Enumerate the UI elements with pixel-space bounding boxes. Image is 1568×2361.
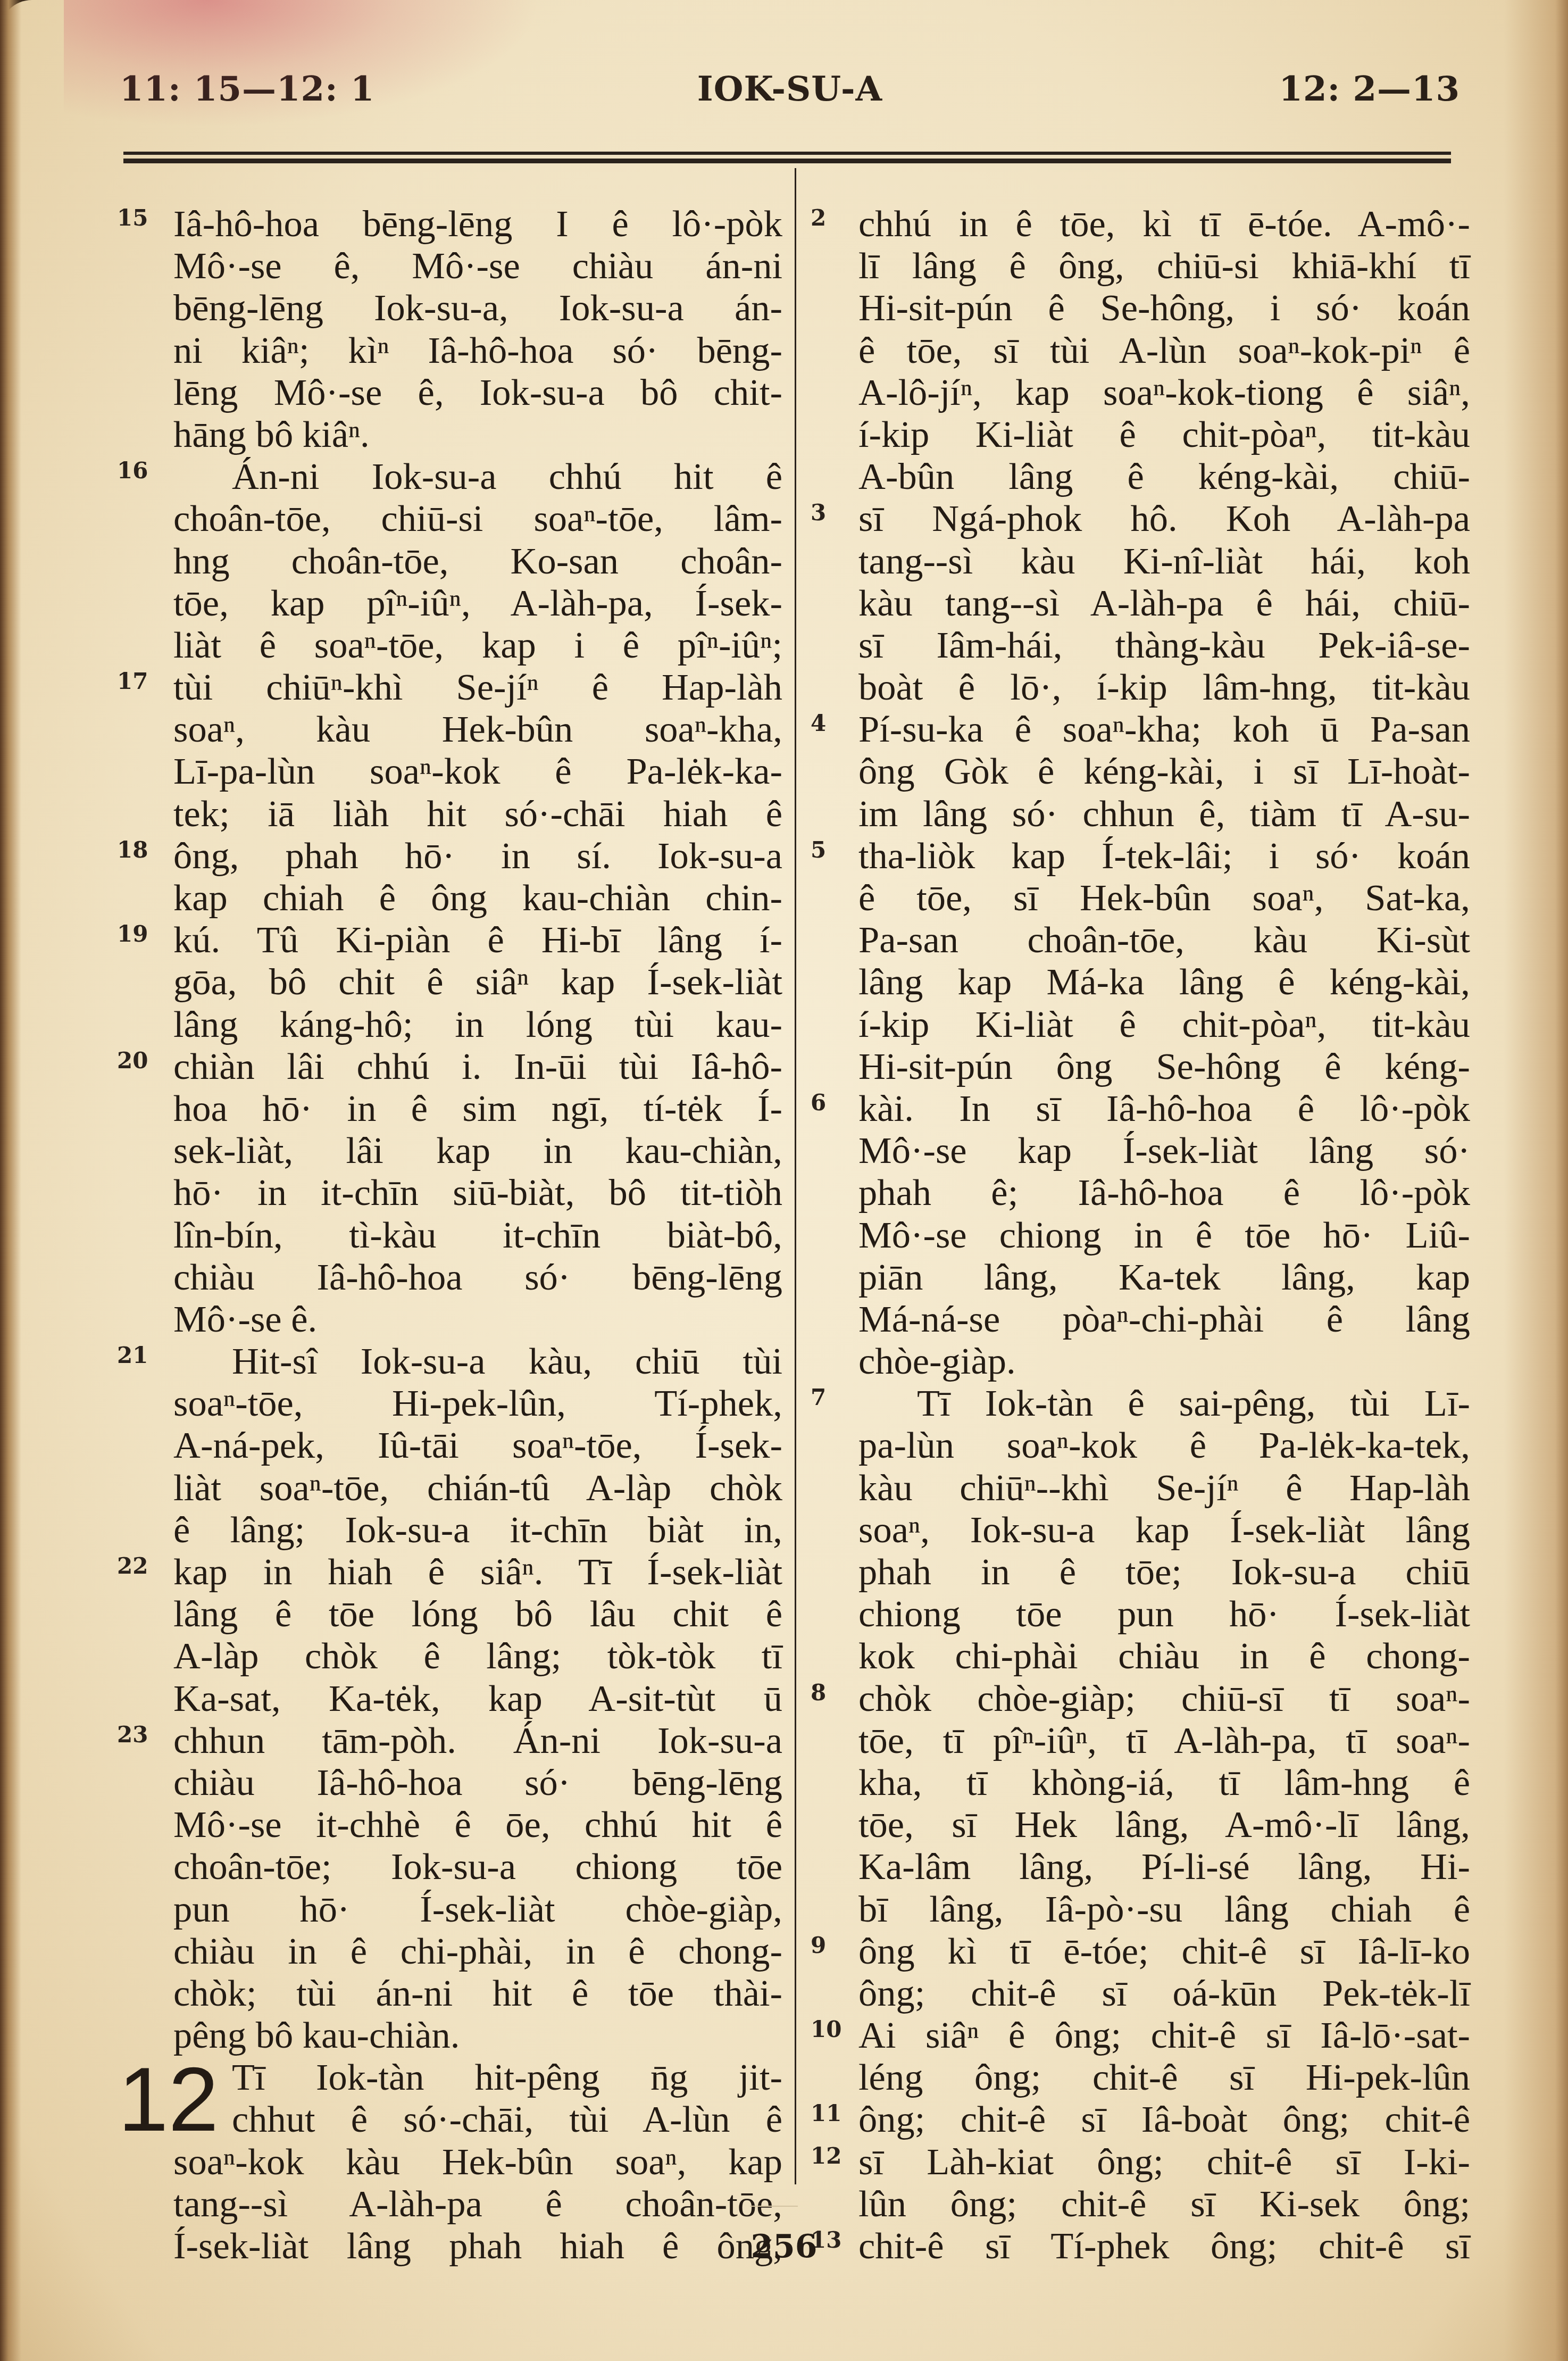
text-line: 9ông kì tī ē-tóe; chit-ê sī Iâ-lī-ko	[858, 1931, 1470, 1973]
text-line: pun hō· Í-sek-liàt chòe-giàp,	[173, 1889, 782, 1931]
line-text: Tī Iok-tàn hit-pêng n̄g jit-	[232, 2057, 782, 2098]
line-text: liàt ê soaⁿ-tōe, kap i ê pîⁿ-iûⁿ;	[173, 625, 782, 666]
text-line: ê tōe, sī Hek-bûn soaⁿ, Sat-ka,	[858, 877, 1470, 919]
text-line: chiong tōe pun hō· Í-sek-liàt	[858, 1593, 1470, 1635]
text-line: chòk; tùi án-ni hit ê tōe thài-	[173, 1973, 782, 2015]
line-text: phah ê; Iâ-hô-hoa ê lô·-pòk	[858, 1172, 1470, 1213]
line-text: boàt ê lō·, í-kip lâm-hng, tit-kàu	[858, 667, 1470, 708]
line-text: kàu chiūⁿ--khì Se-jíⁿ ê Hap-làh	[858, 1467, 1470, 1509]
text-line: ê tōe, sī tùi A-lùn soaⁿ-kok-piⁿ ê	[858, 330, 1470, 372]
text-line: soaⁿ, kàu Hek-bûn soaⁿ-kha,	[173, 709, 782, 751]
text-line: choân-tōe; Iok-su-a chiong tōe	[173, 1846, 782, 1888]
verse-number: 18	[117, 829, 148, 871]
line-text: Ka-lâm lâng, Pí-li-sé lâng, Hi-	[858, 1846, 1470, 1888]
line-text: ông kì tī ē-tóe; chit-ê sī Iâ-lī-ko	[858, 1931, 1470, 1972]
text-line: chiàu Iâ-hô-hoa só· bēng-lēng	[173, 1257, 782, 1299]
line-text: kàu tang--sì A-làh-pa ê hái, chiū-	[858, 583, 1470, 624]
text-line: Pa-san choân-tōe, kàu Ki-sùt	[858, 919, 1470, 961]
line-text: chhun tām-pòh. Án-ni Iok-su-a	[173, 1720, 782, 1761]
text-line: soaⁿ, Iok-su-a kap Í-sek-liàt lâng	[858, 1509, 1470, 1551]
line-text: Iâ-hô-hoa bēng-lēng I ê lô·-pòk	[173, 203, 782, 245]
line-text: kha, tī khòng-iá, tī lâm-hng ê	[858, 1762, 1470, 1803]
line-text: A-lô-jíⁿ, kap soaⁿ-kok-tiong ê siâⁿ,	[858, 372, 1470, 413]
text-line: lâng kap Má-ka lâng ê kéng-kài,	[858, 961, 1470, 1003]
verse-number: 5	[811, 829, 826, 871]
line-text: léng ông; chit-ê sī Hi-pek-lûn	[858, 2057, 1470, 2098]
verse-number: 20	[117, 1040, 148, 1082]
text-line: lûn ông; chit-ê sī Ki-sek ông;	[858, 2183, 1470, 2225]
line-text: hō· in it-chīn siū-biàt, bô tit-tiòh	[173, 1172, 782, 1213]
text-line: chiàu in ê chi-phài, in ê chong-	[173, 1931, 782, 1973]
text-line: bēng-lēng Iok-su-a, Iok-su-a án-	[173, 287, 782, 329]
line-text: liàt soaⁿ-tōe, chián-tû A-làp chòk	[173, 1467, 782, 1509]
line-text: tang--sì A-làh-pa ê choân-tōe,	[173, 2183, 782, 2225]
verse-number: 15	[117, 197, 148, 239]
text-line: 20chiàn lâi chhú i. In-ūi tùi Iâ-hô-	[173, 1046, 782, 1088]
running-header: 11: 15—12: 1 IOK-SU-A 12: 2—13	[120, 69, 1460, 122]
line-text: tōe, kap pîⁿ-iûⁿ, A-làh-pa, Í-sek-	[173, 583, 782, 624]
line-text: ê tōe, sī tùi A-lùn soaⁿ-kok-piⁿ ê	[858, 330, 1470, 371]
text-line: liàt ê soaⁿ-tōe, kap i ê pîⁿ-iûⁿ;	[173, 625, 782, 667]
text-line: phah ê; Iâ-hô-hoa ê lô·-pòk	[858, 1172, 1470, 1214]
text-line: A-ná-pek, Iû-tāi soaⁿ-tōe, Í-sek-	[173, 1425, 782, 1467]
line-text: ông; chit-ê sī Iâ-boàt ông; chit-ê	[858, 2099, 1470, 2140]
text-line: ni kiâⁿ; kìⁿ Iâ-hô-hoa só· bēng-	[173, 330, 782, 372]
text-line: A-lô-jíⁿ, kap soaⁿ-kok-tiong ê siâⁿ,	[858, 372, 1470, 414]
text-line: 15Iâ-hô-hoa bēng-lēng I ê lô·-pòk	[173, 203, 782, 245]
text-line: hng choân-tōe, Ko-san choân-	[173, 541, 782, 583]
verse-number: 7	[811, 1376, 826, 1418]
verse-number: 23	[117, 1714, 148, 1756]
line-text: Má-ná-se pòaⁿ-chi-phài ê lâng	[858, 1299, 1470, 1340]
line-text: Pí-su-ka ê soaⁿ-kha; koh ū Pa-san	[858, 709, 1470, 750]
text-line: kàu chiūⁿ--khì Se-jíⁿ ê Hap-làh	[858, 1467, 1470, 1509]
text-line: 23chhun tām-pòh. Án-ni Iok-su-a	[173, 1720, 782, 1762]
line-text: ông, phah hō· in sí. Iok-su-a	[173, 835, 782, 877]
text-line: kap chiah ê ông kau-chiàn chin-	[173, 877, 782, 919]
line-text: hāng bô kiâⁿ.	[173, 414, 370, 455]
text-line: 4Pí-su-ka ê soaⁿ-kha; koh ū Pa-san	[858, 709, 1470, 751]
text-line: 2chhú in ê tōe, kì tī ē-tóe. A-mô·-	[858, 203, 1470, 245]
text-line: hoa hō· in ê sim ngī, tí-tėk Í-	[173, 1088, 782, 1130]
line-text: Mô·-se ê, Mô·-se chiàu án-ni	[173, 245, 782, 287]
line-text: pa-lùn soaⁿ-kok ê Pa-lėk-ka-tek,	[858, 1425, 1470, 1466]
text-line: tang--sì kàu Ki-nî-liàt hái, koh	[858, 541, 1470, 583]
line-text: kap chiah ê ông kau-chiàn chin-	[173, 877, 782, 919]
verse-number: 10	[811, 2008, 841, 2050]
verse-number: 4	[811, 702, 826, 744]
text-line: A-làp chòk ê lâng; tòk-tòk tī	[173, 1635, 782, 1677]
verse-number: 9	[811, 1924, 826, 1966]
verse-number: 11	[811, 2092, 841, 2134]
line-text: chiàn lâi chhú i. In-ūi tùi Iâ-hô-	[173, 1046, 782, 1087]
line-text: ê lâng; Iok-su-a it-chīn biàt in,	[173, 1509, 782, 1551]
book-page: 11: 15—12: 1 IOK-SU-A 12: 2—13 15Iâ-hô-h…	[0, 0, 1568, 2361]
line-text: ông Gòk ê kéng-kài, i sī Lī-hoàt-	[858, 751, 1470, 792]
verse-number: 3	[811, 492, 826, 534]
line-text: kap in hiah ê siâⁿ. Tī Í-sek-liàt	[173, 1551, 782, 1593]
text-line: 22kap in hiah ê siâⁿ. Tī Í-sek-liàt	[173, 1551, 782, 1593]
line-text: lēng Mô·-se ê, Iok-su-a bô chit-	[173, 372, 782, 413]
line-text: A-bûn lâng ê kéng-kài, chiū-	[858, 456, 1470, 497]
text-line: tang--sì A-làh-pa ê choân-tōe,	[173, 2183, 782, 2225]
text-line: Mô·-se kap Í-sek-liàt lâng só·	[858, 1130, 1470, 1172]
line-text: Hi-sit-pún ê Se-hông, i só· koán	[858, 287, 1470, 329]
text-line: lēng Mô·-se ê, Iok-su-a bô chit-	[173, 372, 782, 414]
line-text: choân-tōe, chiū-si soaⁿ-tōe, lâm-	[173, 498, 782, 539]
text-line: Má-ná-se pòaⁿ-chi-phài ê lâng	[858, 1299, 1470, 1341]
text-line: sek-liàt, lâi kap in kau-chiàn,	[173, 1130, 782, 1172]
line-text: chiàu Iâ-hô-hoa só· bēng-lēng	[173, 1762, 782, 1803]
text-line: 12Tī Iok-tàn hit-pêng n̄g jit-	[173, 2057, 782, 2099]
line-text: Hi-sit-pún ông Se-hông ê kéng-	[858, 1046, 1470, 1087]
text-line: liàt soaⁿ-tōe, chián-tû A-làp chòk	[173, 1467, 782, 1509]
text-line: 19kú. Tû Ki-piàn ê Hi-bī lâng í-	[173, 919, 782, 961]
line-text: hng choân-tōe, Ko-san choân-	[173, 541, 782, 582]
line-text: ê tōe, sī Hek-bûn soaⁿ, Sat-ka,	[858, 877, 1470, 919]
text-line: 3sī Ngá-phok hô. Koh A-làh-pa	[858, 498, 1470, 540]
text-line: 21Hit-sî Iok-su-a kàu, chiū tùi	[173, 1341, 782, 1383]
verse-number: 2	[811, 197, 826, 239]
text-line: kha, tī khòng-iá, tī lâm-hng ê	[858, 1762, 1470, 1804]
line-text: chhú in ê tōe, kì tī ē-tóe. A-mô·-	[858, 203, 1470, 245]
text-line: chòe-giàp.	[858, 1341, 1470, 1383]
line-text: chiàu in ê chi-phài, in ê chong-	[173, 1931, 782, 1972]
header-rule-top	[123, 152, 1451, 155]
text-line: lī lâng ê ông, chiū-si khiā-khí tī	[858, 245, 1470, 287]
text-line: 12sī Làh-kiat ông; chit-ê sī I-ki-	[858, 2141, 1470, 2183]
line-text: Mô·-se chiong in ê tōe hō· Liû-	[858, 1215, 1470, 1256]
text-line: phah in ê tōe; Iok-su-a chiū	[858, 1551, 1470, 1593]
text-line: chiàu Iâ-hô-hoa só· bēng-lēng	[173, 1762, 782, 1804]
text-line: im lâng só· chhun ê, tiàm tī A-su-	[858, 793, 1470, 835]
line-text: chòk chòe-giàp; chiū-sī tī soaⁿ-	[858, 1678, 1470, 1719]
text-line: lâng káng-hô; in lóng tùi kau-	[173, 1004, 782, 1046]
line-text: tek; iā liàh hit só·-chāi hiah ê	[173, 793, 782, 835]
line-text: tang--sì kàu Ki-nî-liàt hái, koh	[858, 541, 1470, 582]
line-text: kok chi-phài chiàu in ê chong-	[858, 1635, 1470, 1677]
text-line: Mô·-se chiong in ê tōe hō· Liû-	[858, 1215, 1470, 1257]
page-edge-shadow	[1504, 0, 1568, 2361]
verse-number: 19	[117, 913, 148, 955]
verse-number: 22	[117, 1545, 148, 1587]
text-line: soaⁿ-kok kàu Hek-bûn soaⁿ, kap	[173, 2141, 782, 2183]
text-line: tōe, sī Hek lâng, A-mô·-lī lâng,	[858, 1804, 1470, 1846]
text-line: 7Tī Iok-tàn ê sai-pêng, tùi Lī-	[858, 1383, 1470, 1425]
text-line: Ka-lâm lâng, Pí-li-sé lâng, Hi-	[858, 1846, 1470, 1888]
line-text: chòe-giàp.	[858, 1341, 1016, 1382]
text-line: 11ông; chit-ê sī Iâ-boàt ông; chit-ê	[858, 2099, 1470, 2141]
text-line: lîn-bín, tì-kàu it-chīn biàt-bô,	[173, 1215, 782, 1257]
text-line: lâng ê tōe lóng bô lâu chit ê	[173, 1593, 782, 1635]
line-text: tha-liòk kap Í-tek-lâi; i só· koán	[858, 835, 1470, 877]
line-text: soaⁿ, Iok-su-a kap Í-sek-liàt lâng	[858, 1509, 1470, 1551]
line-text: Pa-san choân-tōe, kàu Ki-sùt	[858, 919, 1470, 961]
verse-number: 6	[811, 1082, 826, 1124]
line-text: piān lâng, Ka-tek lâng, kap	[858, 1257, 1470, 1298]
book-title: IOK-SU-A	[120, 69, 1460, 109]
text-line: Mô·-se it-chhè ê ōe, chhú hit ê	[173, 1804, 782, 1846]
text-line: bī lâng, Iâ-pò·-su lâng chiah ê	[858, 1889, 1470, 1931]
text-line: Hi-sit-pún ê Se-hông, i só· koán	[858, 287, 1470, 329]
text-line: 6kài. In sī Iâ-hô-hoa ê lô·-pòk	[858, 1088, 1470, 1130]
line-text: tōe, sī Hek lâng, A-mô·-lī lâng,	[858, 1804, 1470, 1845]
text-line: sī Iâm-hái, thàng-kàu Pek-iâ-se-	[858, 625, 1470, 667]
text-line: 8chòk chòe-giàp; chiū-sī tī soaⁿ-	[858, 1678, 1470, 1720]
line-text: A-làp chòk ê lâng; tòk-tòk tī	[173, 1635, 782, 1677]
line-text: phah in ê tōe; Iok-su-a chiū	[858, 1551, 1470, 1593]
line-text: Ai siâⁿ ê ông; chit-ê sī Iâ-lō·-sat-	[858, 2015, 1470, 2056]
text-line: choân-tōe, chiū-si soaⁿ-tōe, lâm-	[173, 498, 782, 540]
verse-number: 21	[117, 1334, 148, 1376]
left-text-column: 15Iâ-hô-hoa bēng-lēng I ê lô·-pòkMô·-se …	[173, 203, 782, 2267]
text-line: 5tha-liòk kap Í-tek-lâi; i só· koán	[858, 835, 1470, 877]
text-line: Ka-sat, Ka-tėk, kap A-sit-tùt ū	[173, 1678, 782, 1720]
line-text: lâng ê tōe lóng bô lâu chit ê	[173, 1593, 782, 1635]
header-right-reference: 12: 2—13	[1279, 69, 1460, 109]
line-text: sek-liàt, lâi kap in kau-chiàn,	[173, 1130, 782, 1171]
text-line: hāng bô kiâⁿ.	[173, 414, 782, 456]
line-text: pun hō· Í-sek-liàt chòe-giàp,	[173, 1889, 782, 1930]
line-text: Án-ni Iok-su-a chhú hit ê	[232, 456, 782, 497]
verse-number: 12	[811, 2135, 841, 2177]
text-line: í-kip Ki-liàt ê chit-pòaⁿ, tit-kàu	[858, 414, 1470, 456]
column-divider	[795, 168, 796, 2184]
text-line: Hi-sit-pún ông Se-hông ê kéng-	[858, 1046, 1470, 1088]
text-line: soaⁿ-tōe, Hi-pek-lûn, Tí-phek,	[173, 1383, 782, 1425]
text-line: kàu tang--sì A-làh-pa ê hái, chiū-	[858, 583, 1470, 625]
line-text: hoa hō· in ê sim ngī, tí-tėk Í-	[173, 1088, 782, 1129]
text-line: Mô·-se ê, Mô·-se chiàu án-ni	[173, 245, 782, 287]
footer-rule	[750, 2206, 798, 2207]
text-line: A-bûn lâng ê kéng-kài, chiū-	[858, 456, 1470, 498]
line-text: chiong tōe pun hō· Í-sek-liàt	[858, 1593, 1470, 1635]
text-line: Lī-pa-lùn soaⁿ-kok ê Pa-lėk-ka-	[173, 751, 782, 793]
line-text: A-ná-pek, Iû-tāi soaⁿ-tōe, Í-sek-	[173, 1425, 782, 1466]
line-text: bī lâng, Iâ-pò·-su lâng chiah ê	[858, 1889, 1470, 1930]
text-line: pa-lùn soaⁿ-kok ê Pa-lėk-ka-tek,	[858, 1425, 1470, 1467]
line-text: sī Ngá-phok hô. Koh A-làh-pa	[858, 498, 1470, 539]
text-line: ông; chit-ê sī oá-kūn Pek-tėk-lī	[858, 1973, 1470, 2015]
text-line: 16Án-ni Iok-su-a chhú hit ê	[173, 456, 782, 498]
text-line: 18ông, phah hō· in sí. Iok-su-a	[173, 835, 782, 877]
text-line: ông Gòk ê kéng-kài, i sī Lī-hoàt-	[858, 751, 1470, 793]
line-text: í-kip Ki-liàt ê chit-pòaⁿ, tit-kàu	[858, 414, 1470, 455]
line-text: gōa, bô chit ê siâⁿ kap Í-sek-liàt	[173, 961, 782, 1003]
text-line: ê lâng; Iok-su-a it-chīn biàt in,	[173, 1509, 782, 1551]
line-text: soaⁿ-kok kàu Hek-bûn soaⁿ, kap	[173, 2141, 782, 2183]
text-line: kok chi-phài chiàu in ê chong-	[858, 1635, 1470, 1677]
line-text: í-kip Ki-liàt ê chit-pòaⁿ, tit-kàu	[858, 1004, 1470, 1045]
header-rule-bottom	[123, 159, 1451, 163]
text-line: gōa, bô chit ê siâⁿ kap Í-sek-liàt	[173, 961, 782, 1003]
text-line: tōe, kap pîⁿ-iûⁿ, A-làh-pa, Í-sek-	[173, 583, 782, 625]
right-text-column: 2chhú in ê tōe, kì tī ē-tóe. A-mô·-lī lâ…	[858, 203, 1470, 2267]
line-text: lī lâng ê ông, chiū-si khiā-khí tī	[858, 245, 1470, 287]
line-text: Hit-sî Iok-su-a kàu, chiū tùi	[232, 1341, 782, 1382]
line-text: Ka-sat, Ka-tėk, kap A-sit-tùt ū	[173, 1678, 782, 1719]
text-line: í-kip Ki-liàt ê chit-pòaⁿ, tit-kàu	[858, 1004, 1470, 1046]
line-text: bēng-lēng Iok-su-a, Iok-su-a án-	[173, 287, 782, 329]
line-text: soaⁿ, kàu Hek-bûn soaⁿ-kha,	[173, 709, 782, 750]
line-text: Mô·-se ê.	[173, 1299, 317, 1340]
line-text: im lâng só· chhun ê, tiàm tī A-su-	[858, 793, 1470, 835]
line-text: soaⁿ-tōe, Hi-pek-lûn, Tí-phek,	[173, 1383, 782, 1424]
line-text: chhut ê só·-chāi, tùi A-lùn ê	[232, 2099, 782, 2140]
line-text: tùi chiūⁿ-khì Se-jíⁿ ê Hap-làh	[173, 667, 782, 708]
line-text: kú. Tû Ki-piàn ê Hi-bī lâng í-	[173, 919, 782, 961]
line-text: chiàu Iâ-hô-hoa só· bēng-lēng	[173, 1257, 782, 1298]
header-left-reference: 11: 15—12: 1	[120, 69, 375, 109]
text-line: hō· in it-chīn siū-biàt, bô tit-tiòh	[173, 1172, 782, 1214]
line-text: Tī Iok-tàn ê sai-pêng, tùi Lī-	[917, 1383, 1470, 1424]
line-text: lâng kap Má-ka lâng ê kéng-kài,	[858, 961, 1470, 1003]
line-text: choân-tōe; Iok-su-a chiong tōe	[173, 1846, 782, 1888]
line-text: sī Iâm-hái, thàng-kàu Pek-iâ-se-	[858, 625, 1470, 666]
text-line: tōe, tī pîⁿ-iûⁿ, tī A-làh-pa, tī soaⁿ-	[858, 1720, 1470, 1762]
verse-number: 17	[117, 660, 148, 702]
line-text: tōe, tī pîⁿ-iûⁿ, tī A-làh-pa, tī soaⁿ-	[858, 1720, 1470, 1761]
line-text: chòk; tùi án-ni hit ê tōe thài-	[173, 1973, 782, 2014]
line-text: lâng káng-hô; in lóng tùi kau-	[173, 1004, 782, 1045]
verse-number: 8	[811, 1672, 826, 1714]
text-line: tek; iā liàh hit só·-chāi hiah ê	[173, 793, 782, 835]
text-line: 10Ai siâⁿ ê ông; chit-ê sī Iâ-lō·-sat-	[858, 2015, 1470, 2057]
text-line: boàt ê lō·, í-kip lâm-hng, tit-kàu	[858, 667, 1470, 709]
text-line: 17tùi chiūⁿ-khì Se-jíⁿ ê Hap-làh	[173, 667, 782, 709]
line-text: kài. In sī Iâ-hô-hoa ê lô·-pòk	[858, 1088, 1470, 1129]
text-line: pêng bô kau-chiàn.	[173, 2015, 782, 2057]
text-line: Mô·-se ê.	[173, 1299, 782, 1341]
page-number: 256	[0, 2228, 1568, 2265]
line-text: lîn-bín, tì-kàu it-chīn biàt-bô,	[173, 1215, 782, 1256]
line-text: ni kiâⁿ; kìⁿ Iâ-hô-hoa só· bēng-	[173, 330, 782, 371]
line-text: Mô·-se it-chhè ê ōe, chhú hit ê	[173, 1804, 782, 1845]
verse-number: 16	[117, 450, 148, 492]
line-text: Lī-pa-lùn soaⁿ-kok ê Pa-lėk-ka-	[173, 751, 782, 792]
text-line: chhut ê só·-chāi, tùi A-lùn ê	[173, 2099, 782, 2141]
line-text: lûn ông; chit-ê sī Ki-sek ông;	[858, 2183, 1470, 2225]
text-line: léng ông; chit-ê sī Hi-pek-lûn	[858, 2057, 1470, 2099]
line-text: Mô·-se kap Í-sek-liàt lâng só·	[858, 1130, 1470, 1171]
line-text: sī Làh-kiat ông; chit-ê sī I-ki-	[858, 2141, 1470, 2183]
line-text: ông; chit-ê sī oá-kūn Pek-tėk-lī	[858, 1973, 1470, 2014]
text-line: piān lâng, Ka-tek lâng, kap	[858, 1257, 1470, 1299]
